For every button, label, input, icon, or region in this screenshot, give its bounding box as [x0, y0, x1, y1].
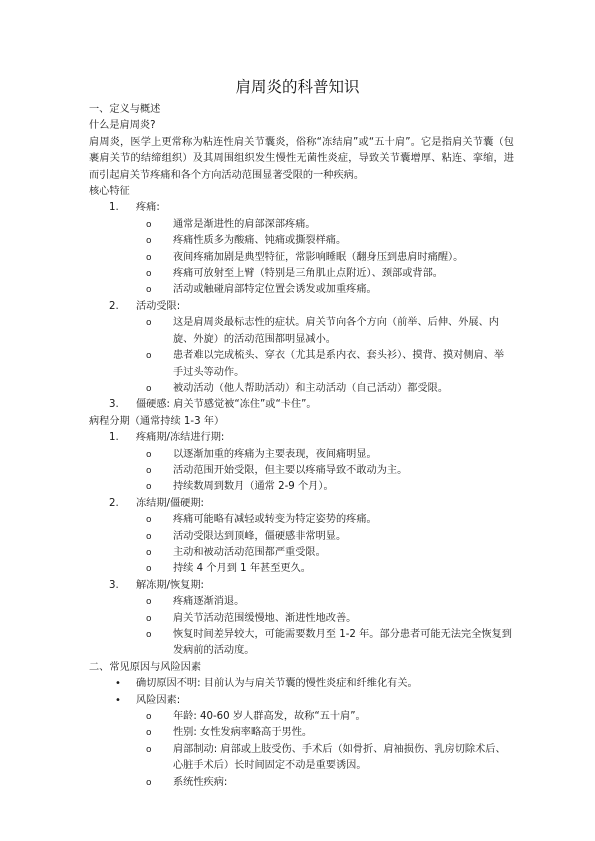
list-number: 1.: [109, 430, 119, 446]
sub-bullet-item: o这是肩周炎最标志性的症状。肩关节向各个方向（前举、后伸、外展、内旋、外旋）的活…: [89, 315, 514, 348]
sub-bullet-item: o恢复时间差异较大，可能需要数月至 1-2 年。部分患者可能无法完全恢复到发病前…: [89, 627, 514, 660]
core-features-list: 1.疼痛:o通常是渐进性的肩部深部疼痛。o疼痛性质多为酸痛、钝痛或撕裂样痛。o夜…: [89, 200, 514, 413]
sub-bullet-text: 这是肩周炎最标志性的症状。肩关节向各个方向（前举、后伸、外展、内旋、外旋）的活动…: [173, 317, 499, 344]
hollow-circle-bullet-icon: o: [146, 479, 152, 495]
risk-factor-text: 肩部制动: 肩部或上肢受伤、手术后（如骨折、肩袖损伤、乳房切除术后、心脏手术后）…: [173, 744, 506, 771]
bullet-dot-icon: •: [115, 693, 121, 709]
hollow-circle-bullet-icon: o: [146, 250, 152, 266]
hollow-circle-bullet-icon: o: [146, 611, 152, 627]
document-body: 一、定义与概述 什么是肩周炎? 肩周炎，医学上更常称为粘连性肩关节囊炎，俗称“冻…: [89, 102, 514, 791]
list-number: 1.: [109, 200, 119, 216]
list-number: 2.: [109, 299, 119, 315]
sub-bullet-item: o患者难以完成梳头、穿衣（尤其是系内衣、套头衫）、摸背、摸对侧肩、举手过头等动作…: [89, 348, 514, 381]
sub-bullet-text: 主动和被动活动范围都严重受限。: [173, 547, 326, 558]
hollow-circle-bullet-icon: o: [146, 315, 152, 331]
hollow-circle-bullet-icon: o: [146, 709, 152, 725]
sub-bullet-item: o主动和被动活动范围都严重受限。: [89, 545, 514, 561]
hollow-circle-bullet-icon: o: [146, 282, 152, 298]
sub-bullet-text: 持续数周到数月（通常 2-9 个月）。: [173, 481, 334, 492]
sub-bullet-item: o疼痛可放射至上臂（特别是三角肌止点附近）、颈部或背部。: [89, 266, 514, 282]
list-item-label: 解冻期/恢复期:: [136, 580, 204, 591]
sub-bullet-item: o肩关节活动范围缓慢地、渐进性地改善。: [89, 611, 514, 627]
sub-bullet-text: 恢复时间差异较大，可能需要数月至 1-2 年。部分患者可能无法完全恢复到发病前的…: [173, 629, 512, 656]
hollow-circle-bullet-icon: o: [146, 348, 152, 364]
sub-bullet-item: o通常是渐进性的肩部深部疼痛。: [89, 217, 514, 233]
hollow-circle-bullet-icon: o: [146, 545, 152, 561]
risk-factor-item: o性别: 女性发病率略高于男性。: [89, 725, 514, 741]
hollow-circle-bullet-icon: o: [146, 512, 152, 528]
subheading-core-features: 核心特征: [89, 184, 514, 200]
sub-bullet-item: o活动范围开始受限，但主要以疼痛导致不敢动为主。: [89, 463, 514, 479]
list-item-label: 疼痛:: [136, 202, 160, 213]
hollow-circle-bullet-icon: o: [146, 627, 152, 643]
causes-list: •确切原因不明: 目前认为与肩关节囊的慢性炎症和纤维化有关。•风险因素:o年龄:…: [89, 676, 514, 791]
sub-bullet-text: 疼痛性质多为酸痛、钝痛或撕裂样痛。: [173, 235, 346, 246]
hollow-circle-bullet-icon: o: [146, 725, 152, 741]
cause-item-label: 确切原因不明: 目前认为与肩关节囊的慢性炎症和纤维化有关。: [136, 678, 418, 689]
sub-bullet-text: 活动范围开始受限，但主要以疼痛导致不敢动为主。: [173, 465, 407, 476]
sub-bullet-text: 持续 4 个月到 1 年甚至更久。: [173, 563, 311, 574]
page-title: 肩周炎的科普知识: [0, 76, 595, 98]
subheading-stages: 病程分期（通常持续 1-3 年）: [89, 414, 514, 430]
cause-item: •风险因素:: [89, 693, 514, 709]
list-number: 3.: [109, 578, 119, 594]
sub-bullet-text: 被动活动（他人帮助活动）和主动活动（自己活动）都受限。: [173, 383, 448, 394]
hollow-circle-bullet-icon: o: [146, 561, 152, 577]
cause-item-label: 风险因素:: [136, 695, 180, 706]
sub-bullet-item: o夜间疼痛加剧是典型特征，常影响睡眠（翻身压到患肩时痛醒）。: [89, 250, 514, 266]
list-item-label: 疼痛期/冻结进行期:: [136, 432, 224, 443]
sub-bullet-item: o以逐渐加重的疼痛为主要表现，夜间痛明显。: [89, 447, 514, 463]
sub-bullet-text: 肩关节活动范围缓慢地、渐进性地改善。: [173, 613, 356, 624]
risk-factor-item: o年龄: 40-60 岁人群高发，故称“五十肩”。: [89, 709, 514, 725]
sub-bullet-item: o活动受限达到顶峰，僵硬感非常明显。: [89, 529, 514, 545]
sub-bullet-item: o疼痛逐渐消退。: [89, 594, 514, 610]
risk-factor-text: 系统性疾病:: [173, 777, 227, 788]
hollow-circle-bullet-icon: o: [146, 529, 152, 545]
definition-paragraph: 肩周炎，医学上更常称为粘连性肩关节囊炎，俗称“冻结肩”或“五十肩”。它是指肩关节…: [89, 135, 514, 184]
hollow-circle-bullet-icon: o: [146, 463, 152, 479]
risk-factor-item: o肩部制动: 肩部或上肢受伤、手术后（如骨折、肩袖损伤、乳房切除术后、心脏手术后…: [89, 742, 514, 775]
list-item-label: 僵硬感: 肩关节感觉被“冻住”或“卡住”。: [136, 399, 317, 410]
sub-bullet-item: o疼痛性质多为酸痛、钝痛或撕裂样痛。: [89, 233, 514, 249]
hollow-circle-bullet-icon: o: [146, 742, 152, 758]
list-item-label: 活动受限:: [136, 301, 180, 312]
section-heading-causes: 二、常见原因与风险因素: [89, 660, 514, 676]
stages-item: 3.解冻期/恢复期:: [89, 578, 514, 594]
stages-item: 1.疼痛期/冻结进行期:: [89, 430, 514, 446]
core_features-item: 1.疼痛:: [89, 200, 514, 216]
core_features-item: 2.活动受限:: [89, 299, 514, 315]
bullet-dot-icon: •: [115, 676, 121, 692]
stages-list: 1.疼痛期/冻结进行期:o以逐渐加重的疼痛为主要表现，夜间痛明显。o活动范围开始…: [89, 430, 514, 660]
sub-bullet-text: 通常是渐进性的肩部深部疼痛。: [173, 219, 316, 230]
hollow-circle-bullet-icon: o: [146, 217, 152, 233]
hollow-circle-bullet-icon: o: [146, 266, 152, 282]
risk-factor-text: 性别: 女性发病率略高于男性。: [173, 727, 312, 738]
sub-bullet-text: 疼痛逐渐消退。: [173, 596, 244, 607]
sub-bullet-text: 患者难以完成梳头、穿衣（尤其是系内衣、套头衫）、摸背、摸对侧肩、举手过头等动作。: [173, 350, 504, 377]
sub-bullet-text: 夜间疼痛加剧是典型特征，常影响睡眠（翻身压到患肩时痛醒）。: [173, 252, 463, 263]
hollow-circle-bullet-icon: o: [146, 381, 152, 397]
core_features-item: 3.僵硬感: 肩关节感觉被“冻住”或“卡住”。: [89, 397, 514, 413]
sub-bullet-text: 疼痛可能略有减轻或转变为特定姿势的疼痛。: [173, 514, 377, 525]
hollow-circle-bullet-icon: o: [146, 447, 152, 463]
subheading-question: 什么是肩周炎?: [89, 118, 514, 134]
sub-bullet-text: 疼痛可放射至上臂（特别是三角肌止点附近）、颈部或背部。: [173, 268, 443, 279]
risk-factor-text: 年龄: 40-60 岁人群高发，故称“五十肩”。: [173, 711, 366, 722]
sub-bullet-text: 活动或触碰肩部特定位置会诱发或加重疼痛。: [173, 284, 377, 295]
sub-bullet-item: o疼痛可能略有减轻或转变为特定姿势的疼痛。: [89, 512, 514, 528]
document-page: 肩周炎的科普知识 一、定义与概述 什么是肩周炎? 肩周炎，医学上更常称为粘连性肩…: [0, 0, 595, 841]
sub-bullet-item: o活动或触碰肩部特定位置会诱发或加重疼痛。: [89, 282, 514, 298]
hollow-circle-bullet-icon: o: [146, 775, 152, 791]
section-heading-definition: 一、定义与概述: [89, 102, 514, 118]
sub-bullet-text: 活动受限达到顶峰，僵硬感非常明显。: [173, 531, 346, 542]
sub-bullet-item: o持续数周到数月（通常 2-9 个月）。: [89, 479, 514, 495]
sub-bullet-item: o持续 4 个月到 1 年甚至更久。: [89, 561, 514, 577]
hollow-circle-bullet-icon: o: [146, 594, 152, 610]
list-item-label: 冻结期/僵硬期:: [136, 498, 204, 509]
stages-item: 2.冻结期/僵硬期:: [89, 496, 514, 512]
hollow-circle-bullet-icon: o: [146, 233, 152, 249]
list-number: 3.: [109, 397, 119, 413]
risk-factor-item: o系统性疾病:: [89, 775, 514, 791]
sub-bullet-text: 以逐渐加重的疼痛为主要表现，夜间痛明显。: [173, 449, 377, 460]
sub-bullet-item: o被动活动（他人帮助活动）和主动活动（自己活动）都受限。: [89, 381, 514, 397]
list-number: 2.: [109, 496, 119, 512]
cause-item: •确切原因不明: 目前认为与肩关节囊的慢性炎症和纤维化有关。: [89, 676, 514, 692]
